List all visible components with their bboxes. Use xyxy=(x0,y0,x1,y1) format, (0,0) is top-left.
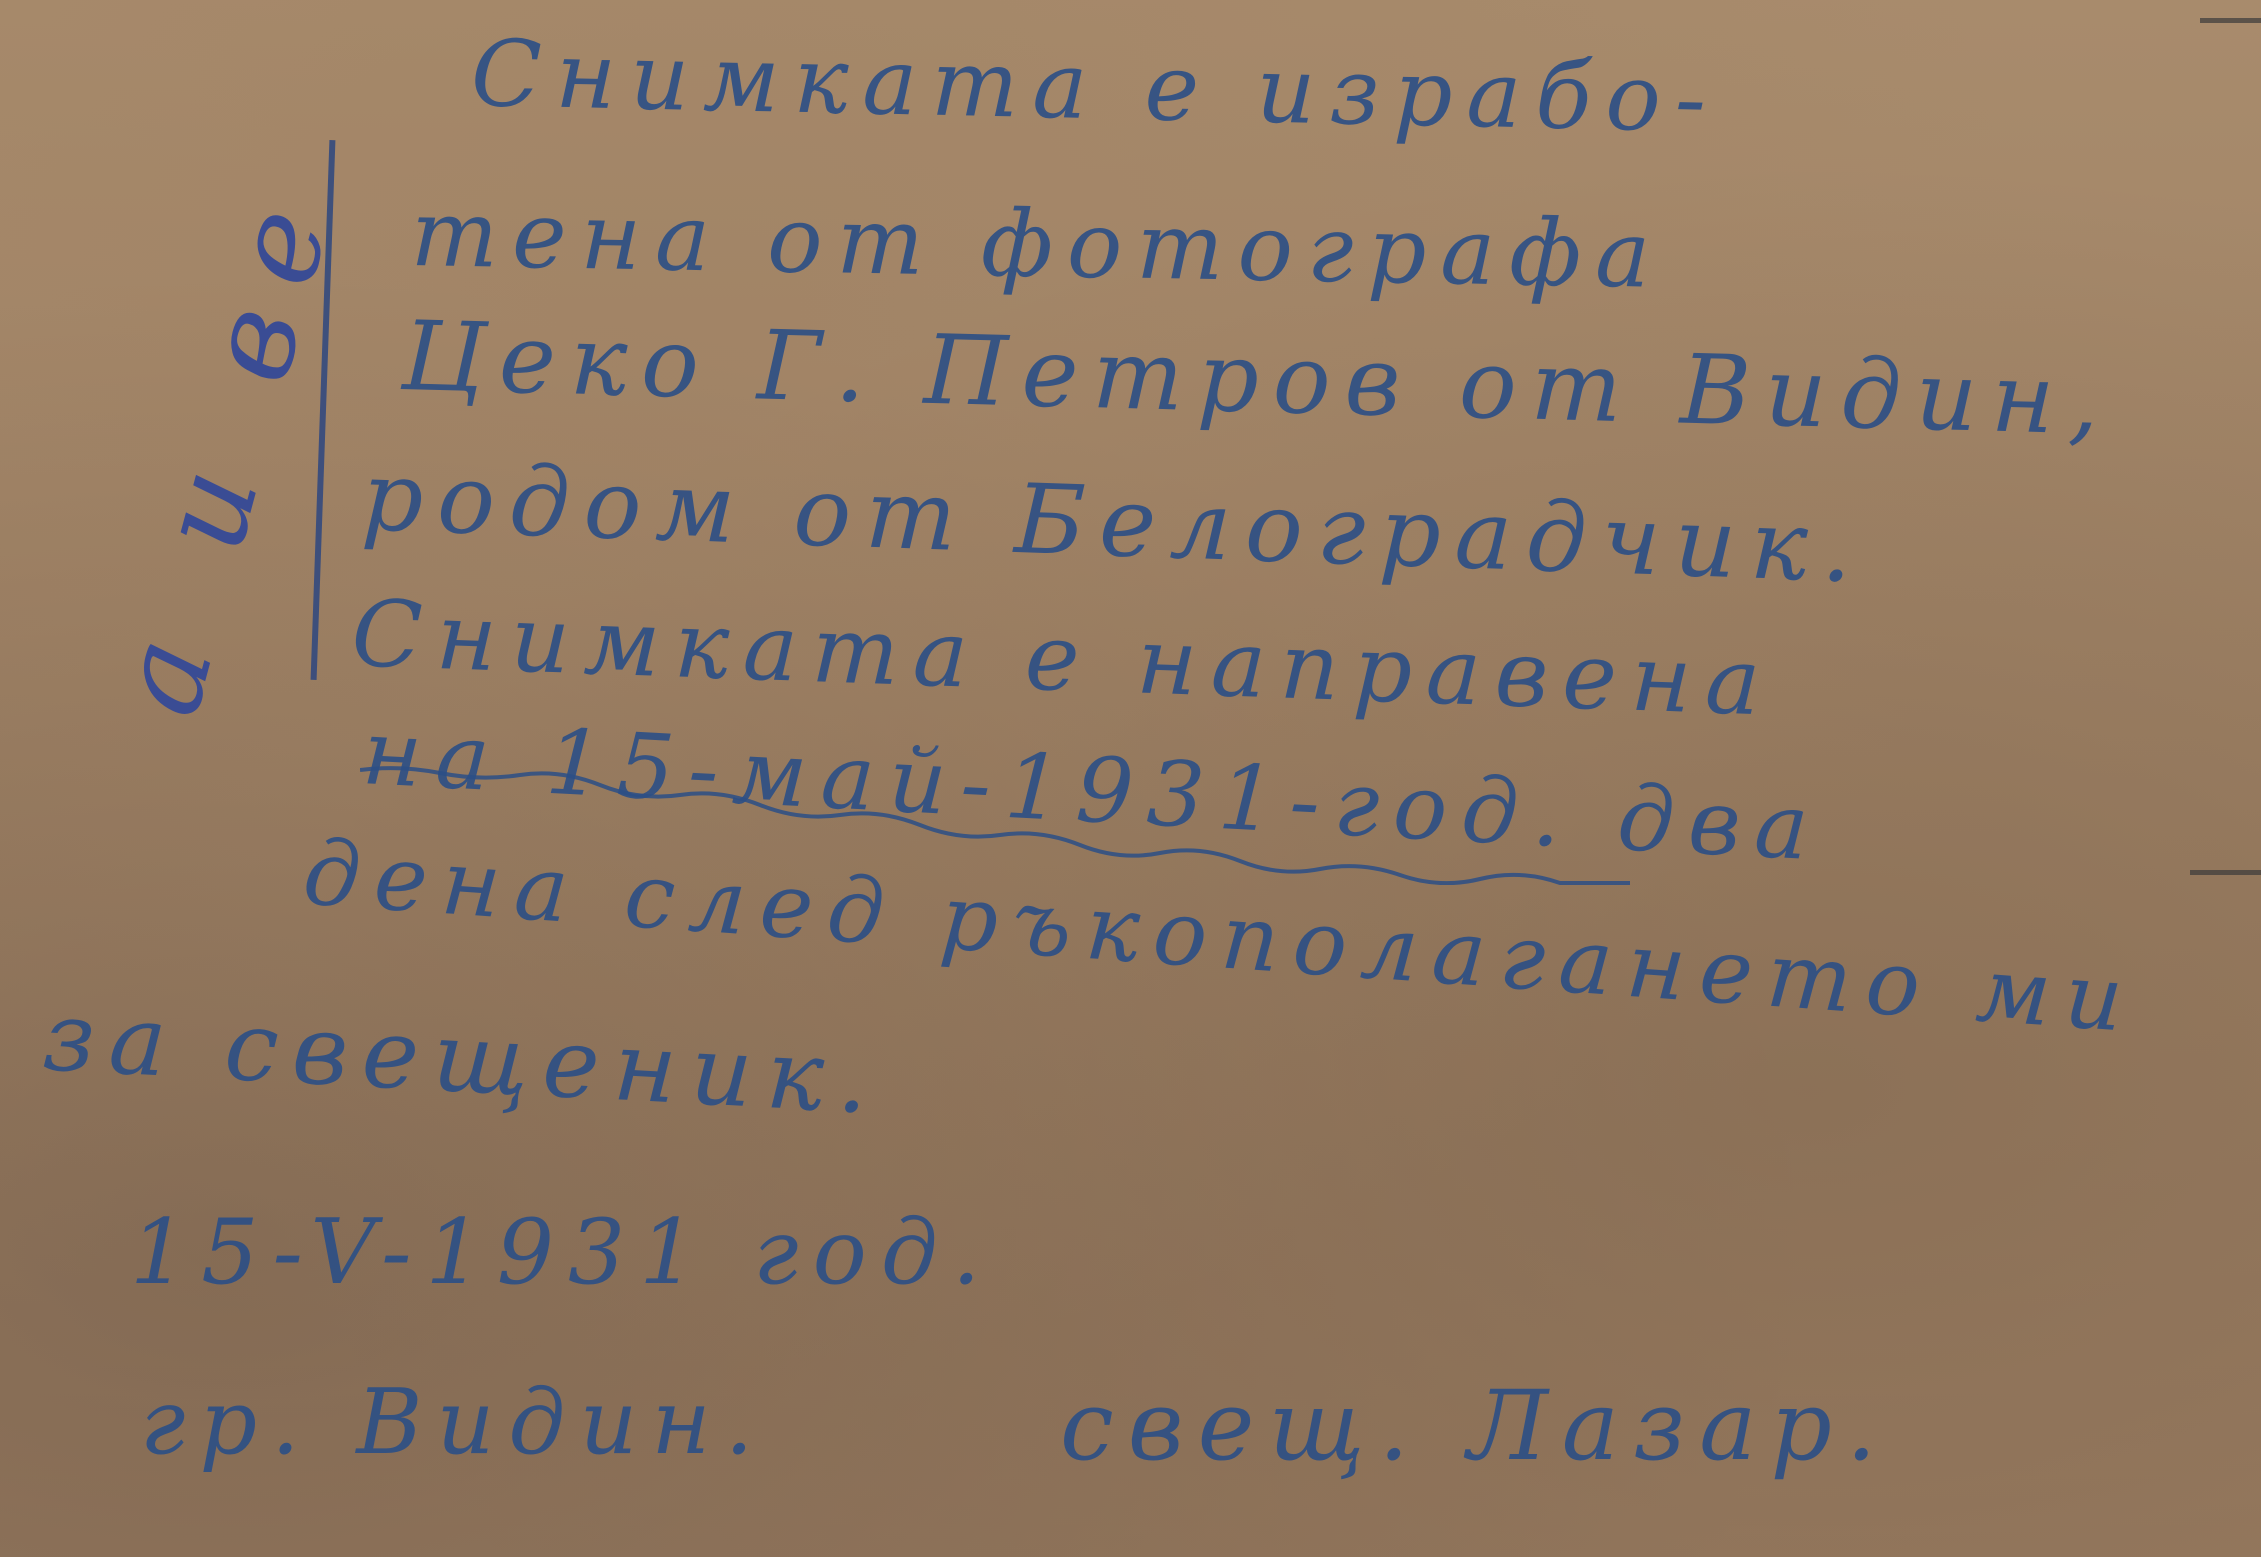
signature: свещ. Лазар. xyxy=(1060,1370,1890,1482)
date-line: 15-V-1931 год. xyxy=(130,1200,995,1305)
edge-scratch-top xyxy=(2200,18,2261,23)
text-line-2: тена от фотографа xyxy=(410,180,1665,309)
edge-scratch-right xyxy=(2190,870,2261,875)
place-line: гр. Видин. xyxy=(140,1370,767,1475)
